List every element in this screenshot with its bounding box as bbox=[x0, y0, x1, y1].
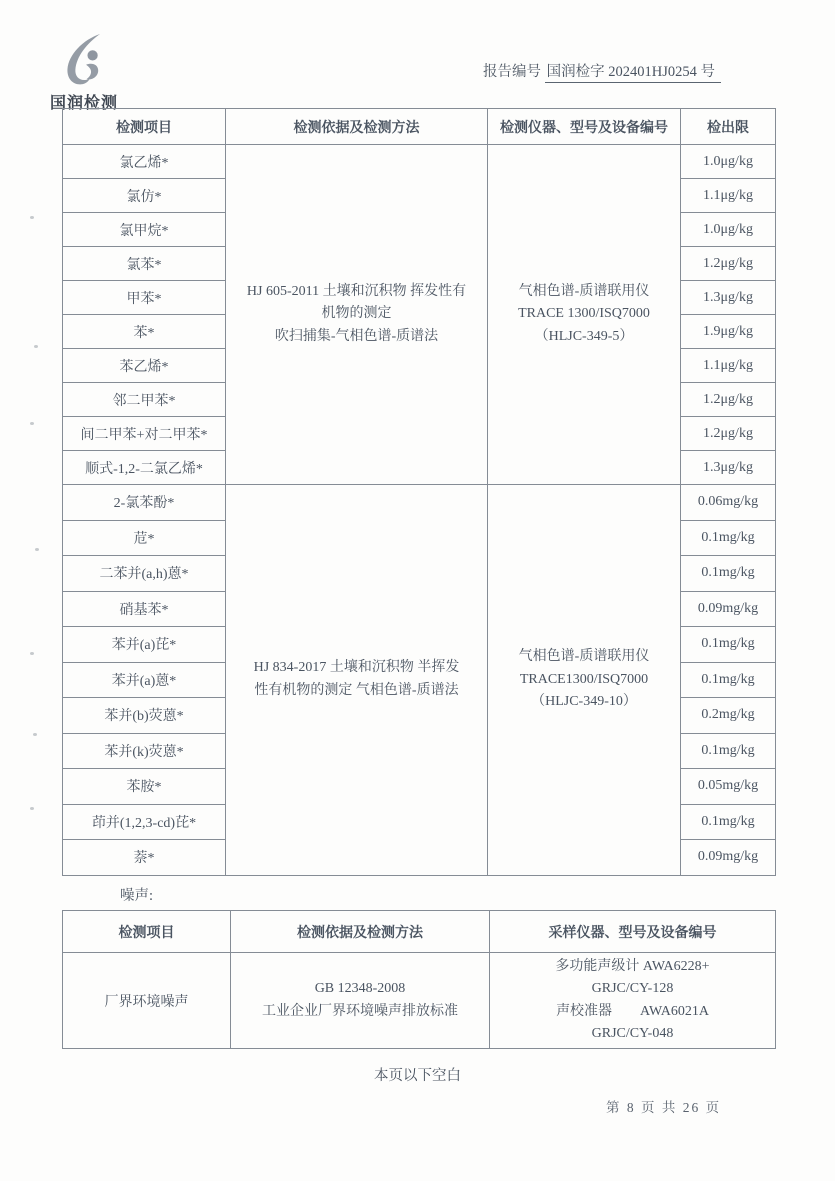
limit-cell: 0.05mg/kg bbox=[681, 769, 776, 805]
header-item: 检测项目 bbox=[63, 109, 226, 145]
item-cell: 邻二甲苯* bbox=[63, 383, 226, 417]
item-cell: 苯并(a)蒽* bbox=[63, 662, 226, 698]
limit-cell: 1.1μg/kg bbox=[681, 179, 776, 213]
item-cell: 甲苯* bbox=[63, 281, 226, 315]
scan-speck bbox=[30, 807, 34, 810]
item-cell: 顺式-1,2-二氯乙烯* bbox=[63, 451, 226, 485]
scan-speck bbox=[35, 548, 39, 551]
table-row: 2-氯苯酚* HJ 834-2017 土壤和沉积物 半挥发 性有机物的测定 气相… bbox=[63, 485, 776, 521]
limit-cell: 0.2mg/kg bbox=[681, 698, 776, 734]
report-number-label: 报告编号 bbox=[483, 64, 541, 80]
report-number: 报告编号 国润检字 202401HJ0254 号 bbox=[483, 60, 721, 81]
scan-speck bbox=[30, 652, 34, 655]
limit-cell: 1.0μg/kg bbox=[681, 145, 776, 179]
report-page: 国润检测 报告编号 国润检字 202401HJ0254 号 检测项目 检测依据及… bbox=[0, 0, 835, 1181]
limit-cell: 0.1mg/kg bbox=[681, 556, 776, 592]
logo-icon bbox=[58, 34, 116, 88]
limit-cell: 0.09mg/kg bbox=[681, 591, 776, 627]
limit-cell: 1.9μg/kg bbox=[681, 315, 776, 349]
limit-cell: 0.1mg/kg bbox=[681, 662, 776, 698]
table-header-row: 检测项目 检测依据及检测方法 采样仪器、型号及设备编号 bbox=[63, 911, 776, 953]
item-cell: 厂界环境噪声 bbox=[63, 953, 231, 1049]
limit-cell: 1.2μg/kg bbox=[681, 383, 776, 417]
limit-cell: 0.1mg/kg bbox=[681, 804, 776, 840]
instrument-cell: 气相色谱-质谱联用仪 TRACE1300/ISQ7000 （HLJC-349-1… bbox=[488, 485, 681, 876]
item-cell: 萘* bbox=[63, 840, 226, 876]
limit-cell: 1.2μg/kg bbox=[681, 247, 776, 281]
item-cell: 二苯并(a,h)蒽* bbox=[63, 556, 226, 592]
limit-cell: 0.1mg/kg bbox=[681, 627, 776, 663]
item-cell: 苯胺* bbox=[63, 769, 226, 805]
scan-speck bbox=[34, 345, 38, 348]
limit-cell: 1.3μg/kg bbox=[681, 451, 776, 485]
method-cell: HJ 834-2017 土壤和沉积物 半挥发 性有机物的测定 气相色谱-质谱法 bbox=[226, 485, 488, 876]
table-row: 厂界环境噪声 GB 12348-2008 工业企业厂界环境噪声排放标准 多功能声… bbox=[63, 953, 776, 1049]
item-cell: 氯仿* bbox=[63, 179, 226, 213]
limit-cell: 0.1mg/kg bbox=[681, 733, 776, 769]
item-cell: 茚并(1,2,3-cd)芘* bbox=[63, 804, 226, 840]
instrument-cell: 多功能声级计 AWA6228+ GRJC/CY-128 声校准器 AWA6021… bbox=[490, 953, 776, 1049]
item-cell: 苯并(k)荧蒽* bbox=[63, 733, 226, 769]
item-cell: 2-氯苯酚* bbox=[63, 485, 226, 521]
item-cell: 氯甲烷* bbox=[63, 213, 226, 247]
header-limit: 检出限 bbox=[681, 109, 776, 145]
limit-cell: 0.06mg/kg bbox=[681, 485, 776, 521]
item-cell: 苯乙烯* bbox=[63, 349, 226, 383]
item-cell: 间二甲苯+对二甲苯* bbox=[63, 417, 226, 451]
header-sampler: 采样仪器、型号及设备编号 bbox=[490, 911, 776, 953]
logo: 国润检测 bbox=[50, 34, 160, 113]
table-header-row: 检测项目 检测依据及检测方法 检测仪器、型号及设备编号 检出限 bbox=[63, 109, 776, 145]
limit-cell: 1.3μg/kg bbox=[681, 281, 776, 315]
limit-cell: 1.2μg/kg bbox=[681, 417, 776, 451]
header-method: 检测依据及检测方法 bbox=[231, 911, 490, 953]
scan-speck bbox=[30, 216, 34, 219]
noise-section-label: 噪声: bbox=[120, 884, 153, 905]
item-cell: 苯并(b)荧蒽* bbox=[63, 698, 226, 734]
header-instrument: 检测仪器、型号及设备编号 bbox=[488, 109, 681, 145]
item-cell: 苊* bbox=[63, 520, 226, 556]
limit-cell: 0.1mg/kg bbox=[681, 520, 776, 556]
item-cell: 硝基苯* bbox=[63, 591, 226, 627]
item-cell: 苯* bbox=[63, 315, 226, 349]
report-number-value: 国润检字 202401HJ0254 号 bbox=[545, 64, 721, 83]
scan-speck bbox=[30, 422, 34, 425]
item-cell: 苯并(a)芘* bbox=[63, 627, 226, 663]
noise-table: 检测项目 检测依据及检测方法 采样仪器、型号及设备编号 厂界环境噪声 GB 12… bbox=[62, 910, 776, 1049]
scan-speck bbox=[33, 733, 37, 736]
blank-below-note: 本页以下空白 bbox=[0, 1064, 835, 1085]
item-cell: 氯乙烯* bbox=[63, 145, 226, 179]
instrument-cell: 气相色谱-质谱联用仪 TRACE 1300/ISQ7000 （HLJC-349-… bbox=[488, 145, 681, 485]
table-row: 氯乙烯* HJ 605-2011 土壤和沉积物 挥发性有 机物的测定 吹扫捕集-… bbox=[63, 145, 776, 179]
limit-cell: 1.1μg/kg bbox=[681, 349, 776, 383]
method-cell: HJ 605-2011 土壤和沉积物 挥发性有 机物的测定 吹扫捕集-气相色谱-… bbox=[226, 145, 488, 485]
method-cell: GB 12348-2008 工业企业厂界环境噪声排放标准 bbox=[231, 953, 490, 1049]
limit-cell: 0.09mg/kg bbox=[681, 840, 776, 876]
page-indicator: 第 8 页 共 26 页 bbox=[606, 1096, 721, 1116]
header-item: 检测项目 bbox=[63, 911, 231, 953]
item-cell: 氯苯* bbox=[63, 247, 226, 281]
soil-detection-table: 检测项目 检测依据及检测方法 检测仪器、型号及设备编号 检出限 氯乙烯* HJ … bbox=[62, 108, 776, 876]
header-method: 检测依据及检测方法 bbox=[226, 109, 488, 145]
limit-cell: 1.0μg/kg bbox=[681, 213, 776, 247]
